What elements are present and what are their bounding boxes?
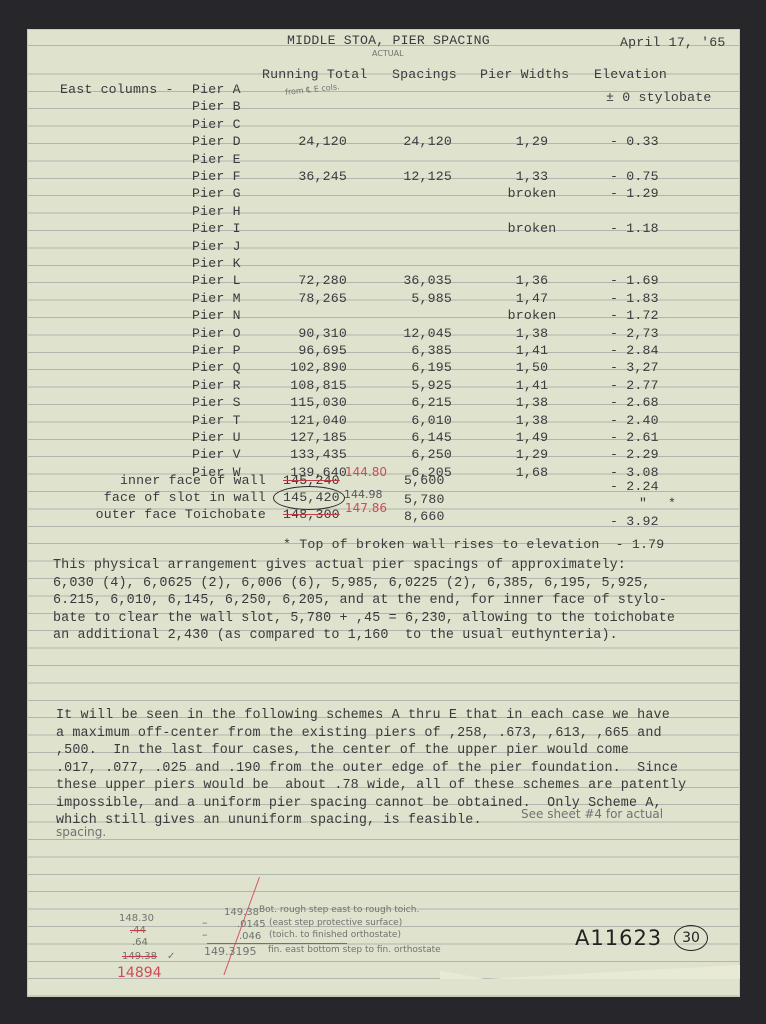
pier-label: Pier Q [192, 360, 241, 375]
calc-right-line2-note: (east step protective surface) [269, 918, 402, 928]
sum-line [207, 943, 347, 944]
pier-spacing: 5,985 [352, 291, 452, 306]
pier-label: Pier D [192, 134, 241, 149]
paragraph-line: .017, .077, .025 and .190 from the outer… [56, 760, 686, 778]
pier-elevation: - 2.84 [610, 343, 659, 358]
wall-row-elevation: - 3.92 [610, 514, 659, 529]
pier-running-total: 36,245 [247, 169, 347, 184]
elevation-reference: ± 0 stylobate [606, 90, 711, 105]
pier-elevation: - 2.40 [610, 413, 659, 428]
calc-right-line2: .0145 [237, 919, 266, 930]
paragraph-line: bate to clear the wall slot, 5,780 + ,45… [53, 610, 675, 628]
pier-label: Pier L [192, 273, 241, 288]
calc-right-line1: 149.38 [224, 907, 259, 918]
calc-right-line4: 149.3195 [204, 945, 257, 958]
handwritten-note-sheet-ref: See sheet #4 for actual [521, 807, 663, 821]
pier-label: Pier R [192, 378, 241, 393]
pier-label: Pier H [192, 204, 241, 219]
pier-spacing: 6,385 [352, 343, 452, 358]
paragraph-line: ,500. In the last four cases, the center… [56, 742, 686, 760]
pier-width: 1,41 [482, 343, 582, 358]
pier-label: Pier O [192, 326, 241, 341]
wall-row-label: face of slot in wall [47, 490, 266, 505]
calc-right-line3-note: (toich. to finished orthostate) [269, 930, 401, 940]
wall-row-spacing: 5,600 [404, 473, 445, 488]
pier-elevation: - 2.29 [610, 447, 659, 462]
pier-width: 1,33 [482, 169, 582, 184]
wall-row-correction: 144.98 [344, 488, 383, 501]
pier-elevation: - 0.75 [610, 169, 659, 184]
row-group-label: East columns - [60, 82, 174, 97]
wall-row-label: outer face Toichobate [47, 507, 266, 522]
calc-left-result: 14894 [117, 965, 162, 981]
minus-sign: – [202, 928, 208, 941]
pier-elevation: - 3,27 [610, 360, 659, 375]
pier-width: 1,47 [482, 291, 582, 306]
pier-width: 1,38 [482, 326, 582, 341]
pier-label: Pier K [192, 256, 241, 271]
header-spacings: Spacings [392, 67, 457, 82]
pier-elevation: - 1.29 [610, 186, 659, 201]
handwritten-note-spacing: spacing. [56, 825, 106, 839]
pier-running-total: 24,120 [247, 134, 347, 149]
wall-row-elevation: - 2.24 [610, 479, 659, 494]
pier-label: Pier T [192, 413, 241, 428]
pier-elevation: - 1.18 [610, 221, 659, 236]
pier-running-total: 133,435 [247, 447, 347, 462]
check-mark-icon: ✓ [167, 951, 175, 962]
pier-elevation: - 1.69 [610, 273, 659, 288]
pier-width: 1,36 [482, 273, 582, 288]
paragraph-line: these upper piers would be about .78 wid… [56, 777, 686, 795]
pier-width: 1,38 [482, 413, 582, 428]
pier-label: Pier G [192, 186, 241, 201]
running-total-note: from ℄ E cols. [285, 82, 340, 97]
calc-left-line2: .44 [130, 925, 146, 936]
pier-elevation: - 2,73 [610, 326, 659, 341]
paragraph-line: 6.215, 6,010, 6,145, 6,250, 6,205, and a… [53, 592, 675, 610]
pier-spacing: 6,215 [352, 395, 452, 410]
pier-spacing: 6,010 [352, 413, 452, 428]
pier-elevation: - 1.72 [610, 308, 659, 323]
calc-right-line3: .046 [239, 931, 261, 942]
calc-left-line3: .64 [132, 937, 148, 948]
header-elevation: Elevation [594, 67, 667, 82]
pier-label: Pier V [192, 447, 241, 462]
pier-elevation: - 2.77 [610, 378, 659, 393]
paragraph-line: This physical arrangement gives actual p… [53, 557, 675, 575]
wall-row-correction: 144.80 [345, 465, 387, 479]
paragraph-line: It will be seen in the following schemes… [56, 707, 686, 725]
archive-number: A11623 [575, 926, 662, 950]
pier-running-total: 115,030 [247, 395, 347, 410]
pier-width: 1,41 [482, 378, 582, 393]
pier-width: 1,29 [482, 134, 582, 149]
pier-label: Pier B [192, 99, 241, 114]
pier-width: 1,50 [482, 360, 582, 375]
pier-running-total: 72,280 [247, 273, 347, 288]
wall-row-correction: 147.86 [345, 501, 387, 515]
pier-label: Pier P [192, 343, 241, 358]
pier-label: Pier S [192, 395, 241, 410]
pier-spacing: 6,195 [352, 360, 452, 375]
pier-label: Pier E [192, 152, 241, 167]
footnote: * Top of broken wall rises to elevation … [283, 537, 664, 552]
header-pier-widths: Pier Widths [480, 67, 569, 82]
document-title: MIDDLE STOA, PIER SPACING [287, 33, 490, 48]
calc-left-line4: 149.38 [122, 951, 157, 962]
pier-elevation: - 0.33 [610, 134, 659, 149]
pier-spacing: 36,035 [352, 273, 452, 288]
wall-row-asterisk: * [668, 496, 676, 511]
pier-running-total: 102,890 [247, 360, 347, 375]
pier-width: broken [482, 186, 582, 201]
pier-label: Pier N [192, 308, 241, 323]
pier-spacing: 5,925 [352, 378, 452, 393]
pier-label: Pier M [192, 291, 241, 306]
pier-running-total: 121,040 [247, 413, 347, 428]
paragraph-line: 6,030 (4), 6,0625 (2), 6,006 (6), 5,985,… [53, 575, 675, 593]
pier-running-total: 96,695 [247, 343, 347, 358]
calc-right-line1-note: Bot. rough step east to rough toich. [259, 905, 419, 915]
pier-running-total: 90,310 [247, 326, 347, 341]
pier-width: 1,29 [482, 447, 582, 462]
document-date: April 17, '65 [620, 35, 725, 50]
pier-width: broken [482, 308, 582, 323]
pier-spacing: 12,045 [352, 326, 452, 341]
calc-right-line4-note: fin. east bottom step to fin. orthostate [268, 945, 441, 955]
pier-width: broken [482, 221, 582, 236]
wall-row-label: inner face of wall [47, 473, 266, 488]
pier-running-total: 127,185 [247, 430, 347, 445]
wall-row-spacing: 5,780 [404, 492, 445, 507]
pier-elevation: - 2.68 [610, 395, 659, 410]
pier-label: Pier U [192, 430, 241, 445]
pier-label: Pier C [192, 117, 241, 132]
pier-label: Pier A [192, 82, 241, 97]
pier-label: Pier I [192, 221, 241, 236]
pier-width: 1,38 [482, 395, 582, 410]
header-running-total: Running Total [262, 67, 367, 82]
paragraph-line: a maximum off-center from the existing p… [56, 725, 686, 743]
pier-width: 1,68 [482, 465, 582, 480]
pier-spacing: 6,145 [352, 430, 452, 445]
pier-elevation: - 1.83 [610, 291, 659, 306]
document-page: MIDDLE STOA, PIER SPACING ACTUAL April 1… [27, 29, 740, 997]
pier-width: 1,49 [482, 430, 582, 445]
pier-running-total: 78,265 [247, 291, 347, 306]
paragraph-spacings-summary: This physical arrangement gives actual p… [53, 557, 675, 645]
calc-left-line1: 148.30 [119, 913, 154, 924]
pier-label: Pier J [192, 239, 241, 254]
paragraph-line: an additional 2,430 (as compared to 1,16… [53, 627, 675, 645]
pier-running-total: 108,815 [247, 378, 347, 393]
page-number-circled: 30 [674, 925, 708, 951]
wall-row-running-total: 148,300 [283, 507, 340, 522]
pier-elevation: - 3.08 [610, 465, 659, 480]
title-annotation: ACTUAL [372, 49, 404, 58]
pier-label: Pier F [192, 169, 241, 184]
pier-elevation: - 2.61 [610, 430, 659, 445]
pier-spacing: 12,125 [352, 169, 452, 184]
pier-spacing: 6,250 [352, 447, 452, 462]
wall-row-elevation: " [639, 496, 647, 511]
pier-spacing: 24,120 [352, 134, 452, 149]
wall-row-spacing: 8,660 [404, 509, 445, 524]
